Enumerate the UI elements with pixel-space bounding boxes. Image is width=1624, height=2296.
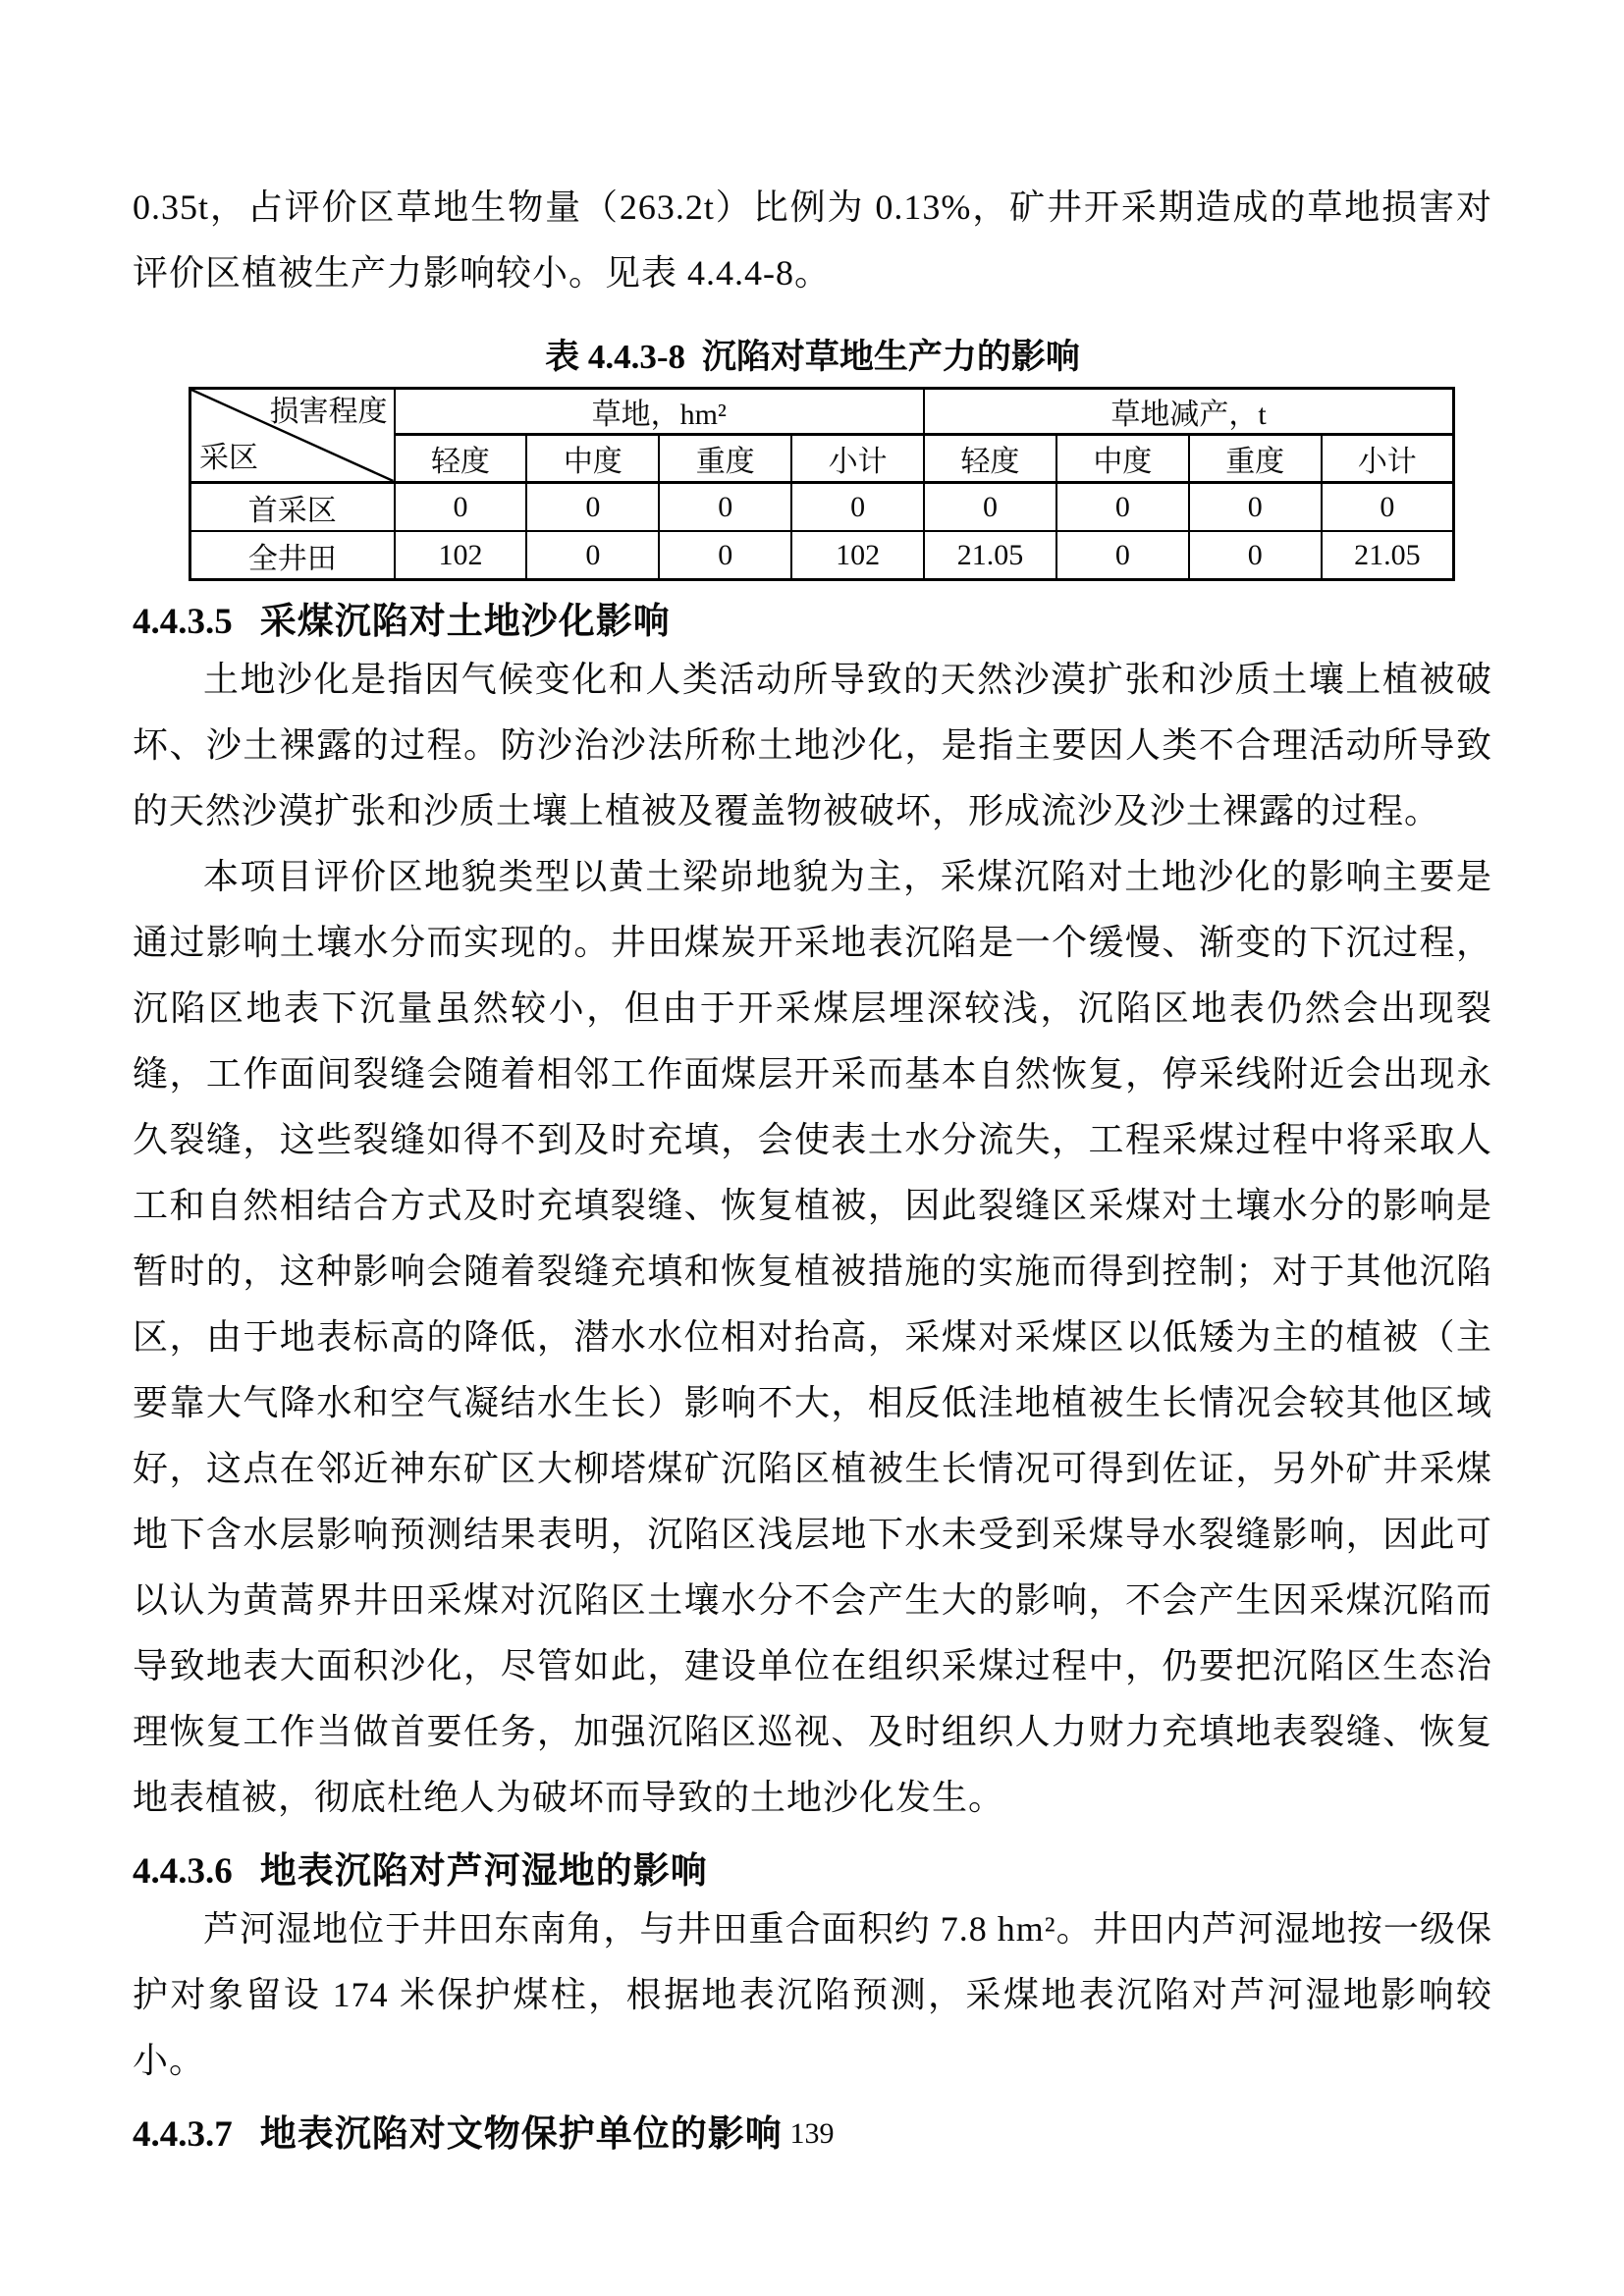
table-cell: 0 bbox=[1189, 483, 1322, 532]
section-title: 采煤沉陷对土地沙化影响 bbox=[260, 597, 671, 646]
section-number: 4.4.3.6 bbox=[133, 1847, 233, 1896]
table-cell: 0 bbox=[526, 483, 659, 532]
intro-paragraph: 0.35t，占评价区草地生物量（263.2t）比例为 0.13%，矿井开采期造成… bbox=[133, 175, 1492, 306]
table-caption-title: 沉陷对草地生产力的影响 bbox=[702, 338, 1080, 376]
table-row: 全井田 102 0 0 102 21.05 0 0 21.05 bbox=[190, 531, 1454, 580]
grassland-impact-table: 损害程度 采区 草地，hm² 草地减产，t 轻度 中度 重度 小计 轻度 中度 … bbox=[189, 387, 1455, 581]
table-cell: 0 bbox=[659, 531, 791, 580]
table-cell: 0 bbox=[1056, 531, 1189, 580]
row-label: 首采区 bbox=[190, 483, 395, 532]
section-number: 4.4.3.5 bbox=[133, 598, 233, 647]
section-title: 地表沉陷对芦河湿地的影响 bbox=[260, 1846, 708, 1896]
col-header-medium: 中度 bbox=[1056, 435, 1189, 483]
table-row: 首采区 0 0 0 0 0 0 0 0 bbox=[190, 483, 1454, 532]
col-header-light: 轻度 bbox=[924, 435, 1056, 483]
section-heading-4-4-3-5: 4.4.3.5 采煤沉陷对土地沙化影响 bbox=[133, 597, 1492, 647]
section-paragraph: 土地沙化是指因气候变化和人类活动所导致的天然沙漠扩张和沙质土壤上植被破坏、沙土裸… bbox=[133, 647, 1492, 844]
table-cell: 102 bbox=[395, 531, 527, 580]
document-page: 0.35t，占评价区草地生物量（263.2t）比例为 0.13%，矿井开采期造成… bbox=[0, 0, 1624, 2296]
page-number: 139 bbox=[0, 2117, 1624, 2151]
col-header-light: 轻度 bbox=[395, 435, 527, 483]
corner-header-cell: 损害程度 采区 bbox=[190, 389, 395, 483]
section-paragraph: 本项目评价区地貌类型以黄土梁峁地貌为主，采煤沉陷对土地沙化的影响主要是通过影响土… bbox=[133, 844, 1492, 1831]
table-cell: 0 bbox=[395, 483, 527, 532]
section-heading-4-4-3-6: 4.4.3.6 地表沉陷对芦河湿地的影响 bbox=[133, 1846, 1492, 1896]
table-cell: 21.05 bbox=[924, 531, 1056, 580]
table-caption-number: 表 4.4.3-8 bbox=[545, 338, 685, 376]
table-cell: 0 bbox=[659, 483, 791, 532]
col-header-subtotal: 小计 bbox=[1322, 435, 1454, 483]
table-cell: 102 bbox=[791, 531, 924, 580]
col-header-subtotal: 小计 bbox=[791, 435, 924, 483]
row-label: 全井田 bbox=[190, 531, 395, 580]
col-header-severe: 重度 bbox=[659, 435, 791, 483]
table-cell: 0 bbox=[1056, 483, 1189, 532]
table-caption: 表 4.4.3-8 沉陷对草地生产力的影响 bbox=[133, 334, 1492, 381]
table-cell: 0 bbox=[1189, 531, 1322, 580]
table-cell: 0 bbox=[1322, 483, 1454, 532]
col-header-medium: 中度 bbox=[526, 435, 659, 483]
table-cell: 0 bbox=[791, 483, 924, 532]
corner-label-damage-degree: 损害程度 bbox=[270, 393, 388, 432]
group-header-grassland-reduction: 草地减产，t bbox=[924, 389, 1454, 435]
table-cell: 0 bbox=[924, 483, 1056, 532]
corner-label-mining-area: 采区 bbox=[199, 439, 258, 478]
col-header-severe: 重度 bbox=[1189, 435, 1322, 483]
table-cell: 0 bbox=[526, 531, 659, 580]
table-cell: 21.05 bbox=[1322, 531, 1454, 580]
section-paragraph: 芦河湿地位于井田东南角，与井田重合面积约 7.8 hm²。井田内芦河湿地按一级保… bbox=[133, 1896, 1492, 2094]
table-group-header-row: 损害程度 采区 草地，hm² 草地减产，t bbox=[190, 389, 1454, 435]
group-header-grassland-area: 草地，hm² bbox=[395, 389, 925, 435]
